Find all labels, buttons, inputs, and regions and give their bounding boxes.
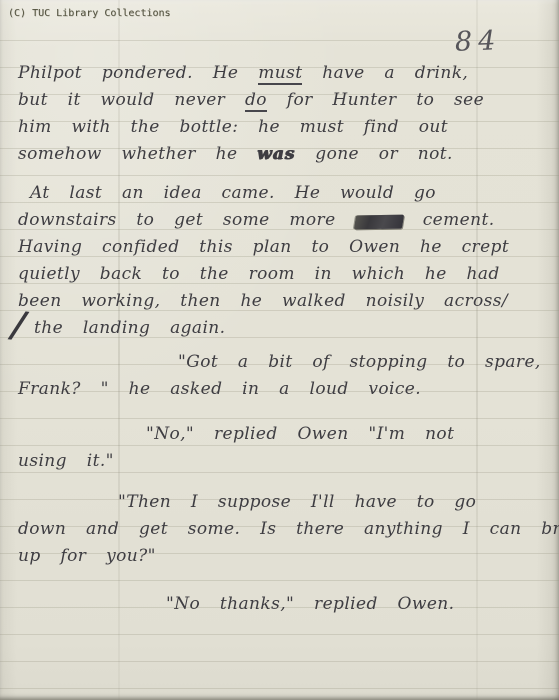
handwriting-segment: have a drink, xyxy=(322,63,468,83)
handwriting-segment: somehow whether he xyxy=(18,144,237,164)
margin-slash-mark: / xyxy=(10,306,27,343)
line-05: At last an idea came. He would go xyxy=(18,180,547,207)
handwriting-segment: gone or not. xyxy=(315,144,453,164)
line-01: Philpot pondered. He must have a drink, xyxy=(18,60,547,87)
handwriting-segment: cement. xyxy=(423,210,495,230)
line-09: been working, then he walked noisily acr… xyxy=(18,288,547,315)
line-07: Having confided this plan to Owen he cre… xyxy=(18,234,547,261)
underlined-word-do: do xyxy=(245,90,267,112)
line-13: "No," replied Owen "I'm not xyxy=(18,421,547,448)
line-15: "Then I suppose I'll have to go xyxy=(18,489,547,516)
handwriting-segment: Philpot pondered. He xyxy=(18,63,238,83)
handwriting-segment: but it would never xyxy=(18,90,225,110)
line-17: up for you?" xyxy=(18,543,547,570)
line-03: him with the bottle: he must find out xyxy=(18,114,547,141)
line-12: Frank? " he asked in a loud voice. xyxy=(18,376,547,403)
overwritten-word-was: was xyxy=(257,144,295,164)
line-11: "Got a bit of stopping to spare, xyxy=(18,349,547,376)
paragraph-got-a-bit: "Got a bit of stopping to spare, Frank? … xyxy=(18,349,547,403)
line-08: quietly back to the room in which he had xyxy=(18,261,547,288)
line-02: but it would never do for Hunter to see xyxy=(18,87,547,114)
manuscript-page: (C) TUC Library Collections 84 Philpot p… xyxy=(0,0,559,700)
handwritten-content: Philpot pondered. He must have a drink, … xyxy=(18,0,547,700)
paragraph-no-replied-owen: "No," replied Owen "I'm not using it." xyxy=(18,421,547,475)
scribbled-out-word: ▇▇▇▇ xyxy=(354,215,404,230)
line-16: down and get some. Is there anything I c… xyxy=(18,516,547,543)
line-04: somehow whether he was gone or not. xyxy=(18,141,547,168)
paragraph-philpot-pondered: Philpot pondered. He must have a drink, … xyxy=(18,60,547,168)
paragraph-idea-came: At last an idea came. He would go downst… xyxy=(18,180,547,342)
paragraph-then-i-suppose: "Then I suppose I'll have to go down and… xyxy=(18,489,547,570)
handwriting-segment: downstairs to get some more xyxy=(18,210,336,230)
line-06: downstairs to get some more ▇▇▇▇ cement. xyxy=(18,207,547,234)
paragraph-no-thanks: "No thanks," replied Owen. xyxy=(166,591,547,618)
line-10: / the landing again. xyxy=(18,315,547,342)
line-18: "No thanks," replied Owen. xyxy=(166,591,547,618)
underlined-word-must: must xyxy=(258,63,302,85)
handwriting-segment: for Hunter to see xyxy=(287,90,484,110)
line-14: using it." xyxy=(18,448,547,475)
handwriting-segment: the landing again. xyxy=(34,318,225,338)
